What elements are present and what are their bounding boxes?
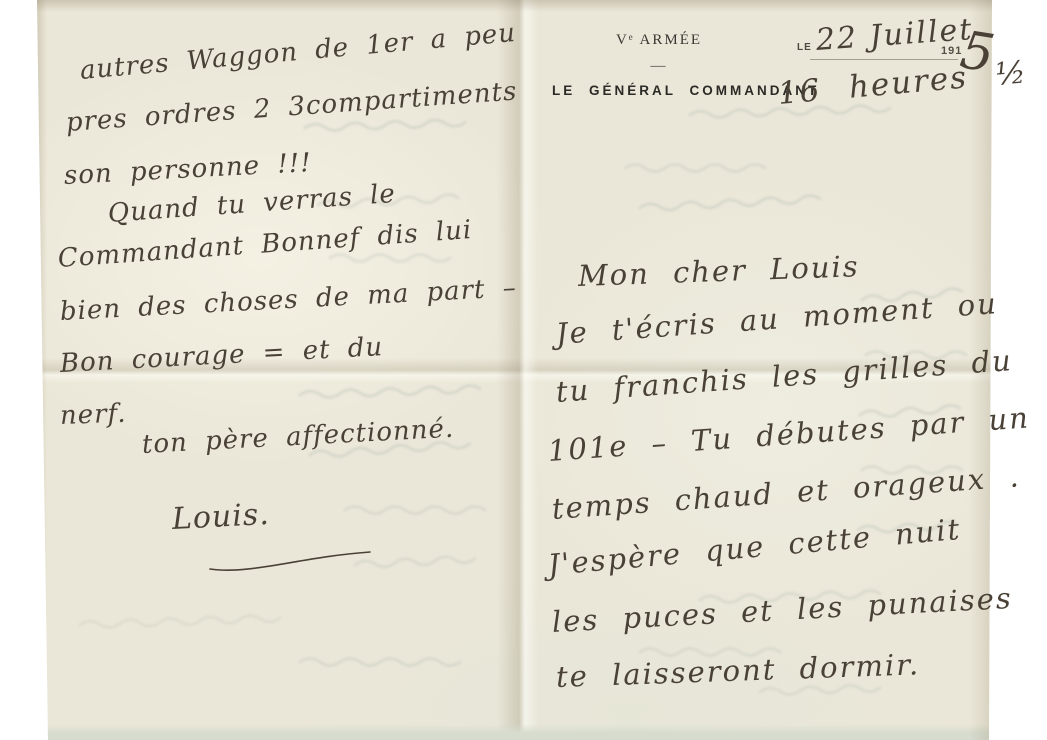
scanned-letter: autres Waggon de 1er a peu pres ordres 2… — [0, 0, 1047, 740]
letterhead-divider: — — [638, 58, 678, 75]
handwritten-line: nerf. — [60, 401, 127, 429]
date-rule — [810, 59, 958, 60]
date-le-label: LE — [797, 42, 812, 53]
letterhead-army: Vᵉ ARMÉE — [604, 32, 714, 49]
signature-flourish — [205, 546, 375, 576]
signature: Louis. — [171, 500, 270, 535]
